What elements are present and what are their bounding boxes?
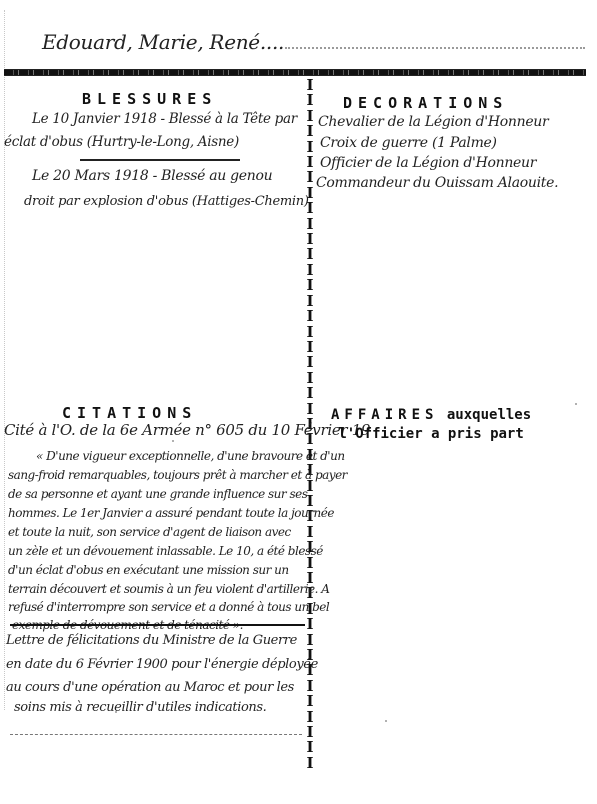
decoration-item: Commandeur du Ouissam Alaouite. (316, 175, 558, 191)
citation-text-line: refusé d'interrompre son service et a do… (8, 600, 329, 614)
letter-text-line: Lettre de félicitations du Ministre de l… (6, 633, 297, 648)
letter-text-line: soins mis à recueillir d'utiles indicati… (14, 700, 266, 715)
ink-speck (575, 403, 577, 405)
blessures-heading: BLESSURES (82, 90, 217, 108)
divider-glyph: I (306, 756, 313, 771)
decorations-heading: DECORATIONS (343, 94, 508, 112)
header-rule (4, 69, 586, 76)
affaires-title-main: AFFAIRES (331, 407, 438, 423)
citation-text-line: hommes. Le 1er Janvier a assuré pendant … (8, 506, 334, 520)
ink-speck (115, 711, 117, 713)
given-names: Edouard, Marie, René.... (42, 30, 284, 54)
decoration-item: Croix de guerre (1 Palme) (320, 135, 497, 151)
decoration-item: Chevalier de la Légion d'Honneur (318, 114, 548, 130)
affaires-subtitle: l'Officier a pris part (331, 425, 531, 444)
letter-bottom-rule (10, 734, 302, 735)
name-field-dots (285, 47, 585, 49)
citations-heading: CITATIONS (62, 404, 197, 422)
blessure-2-line-2: droit par explosion d'obus (Hattiges-Che… (24, 194, 309, 209)
affaires-title-rest: auxquelles (438, 407, 531, 423)
citation-order-line: Cité à l'O. de la 6e Armée n° 605 du 10 … (4, 421, 370, 439)
citation-text-line: sang-froid remarquables, toujours prêt à… (8, 468, 347, 482)
service-record-page: Edouard, Marie, René.... IIIIIIIIIIIIIII… (0, 0, 597, 804)
citation-text-line: terrain découvert et soumis à un feu vio… (8, 582, 329, 596)
ink-speck (385, 720, 387, 722)
citation-text-line: d'un éclat d'obus en exécutant une missi… (8, 563, 289, 577)
letter-text-line: en date du 6 Février 1900 pour l'énergie… (6, 657, 318, 672)
citation-text-line: « D'une vigueur exceptionnelle, d'une br… (36, 449, 345, 463)
letter-text-line: au cours d'une opération au Maroc et pou… (6, 680, 294, 695)
citation-text-line: et toute la nuit, son service d'agent de… (8, 525, 291, 539)
blessure-separator (80, 159, 240, 161)
blessure-2-line-1: Le 20 Mars 1918 - Blessé au genou (32, 168, 272, 184)
citation-text-line: un zèle et un dévouement inlassable. Le … (8, 544, 323, 558)
blessure-1-line-1: Le 10 Janvier 1918 - Blessé à la Tête pa… (32, 111, 297, 127)
citation-text-line: de sa personne et ayant une grande influ… (8, 487, 307, 501)
citation-separator (10, 624, 305, 626)
blessure-1-line-2: éclat d'obus (Hurtry-le-Long, Aisne) (4, 134, 239, 150)
affaires-heading: AFFAIRES auxquelles l'Officier a pris pa… (331, 406, 531, 444)
ink-speck (172, 440, 174, 442)
decoration-item: Officier de la Légion d'Honneur (320, 155, 536, 171)
page-edge (4, 10, 5, 710)
